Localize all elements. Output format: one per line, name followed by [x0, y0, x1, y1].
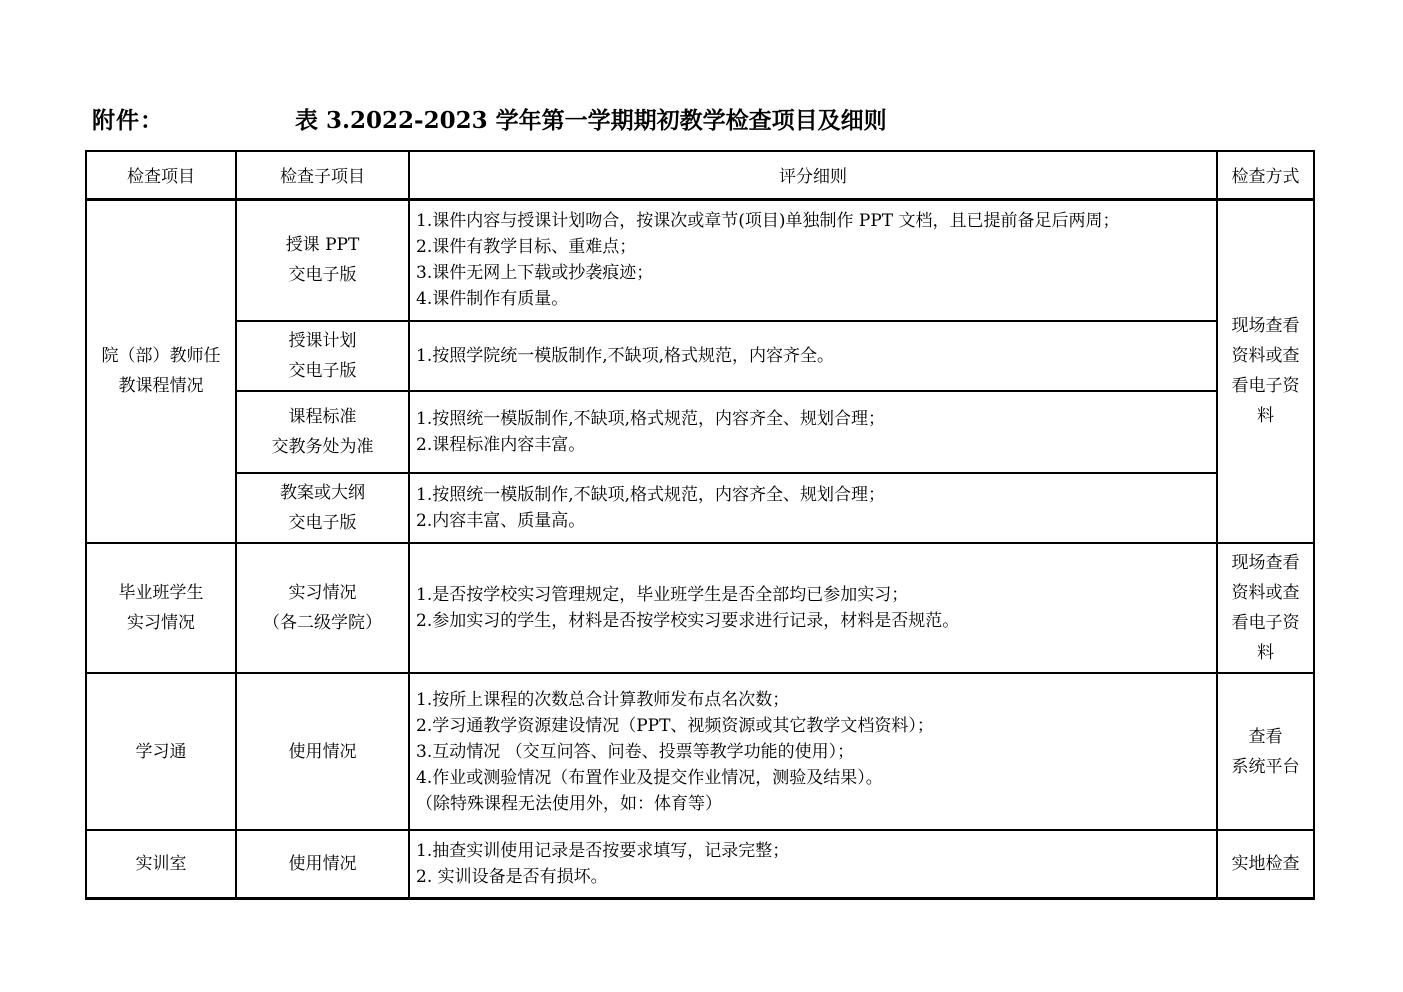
subitem-cell-teaching-plan: 授课计划 交电子版: [236, 321, 409, 391]
table-row: 授课计划 交电子版 1.按照学院统一模版制作,不缺项,格式规范，内容齐全。: [86, 321, 1314, 391]
item-cell-graduate-internship: 毕业班学生 实习情况: [86, 543, 236, 673]
details-cell-xuexitong: 1.按所上课程的次数总合计算教师发布点名次数； 2.学习通教学资源建设情况（PP…: [409, 673, 1217, 830]
item-cell-xuexitong: 学习通: [86, 673, 236, 830]
details-cell-training-room: 1.抽查实训使用记录是否按要求填写，记录完整； 2. 实训设备是否有损坏。: [409, 830, 1217, 898]
subitem-cell-course-standard: 课程标准 交教务处为准: [236, 391, 409, 473]
details-cell-internship: 1.是否按学校实习管理规定，毕业班学生是否全部均已参加实习； 2.参加实习的学生…: [409, 543, 1217, 673]
subitem-cell-usage-xuexitong: 使用情况: [236, 673, 409, 830]
details-cell-lesson-outline: 1.按照统一模版制作,不缺项,格式规范，内容齐全、规划合理； 2.内容丰富、质量…: [409, 473, 1217, 543]
table-row: 教案或大纲 交电子版 1.按照统一模版制作,不缺项,格式规范，内容齐全、规划合理…: [86, 473, 1314, 543]
subitem-cell-ppt: 授课 PPT 交电子版: [236, 199, 409, 321]
header-check-subitem: 检查子项目: [236, 151, 409, 199]
table-row: 实训室 使用情况 1.抽查实训使用记录是否按要求填写，记录完整； 2. 实训设备…: [86, 830, 1314, 898]
table-row: 学习通 使用情况 1.按所上课程的次数总合计算教师发布点名次数； 2.学习通教学…: [86, 673, 1314, 830]
method-cell-onsite-materials-2: 现场查看 资料或查 看电子资 料: [1217, 543, 1314, 673]
header-check-method: 检查方式: [1217, 151, 1314, 199]
method-cell-field-inspection: 实地检查: [1217, 830, 1314, 898]
attachment-label: 附件：: [92, 102, 164, 135]
method-cell-onsite-materials-1: 现场查看 资料或查 看电子资 料: [1217, 199, 1314, 543]
header-scoring-rules: 评分细则: [409, 151, 1217, 199]
item-cell-faculty-courses: 院（部）教师任 教课程情况: [86, 199, 236, 543]
method-cell-system-platform: 查看 系统平台: [1217, 673, 1314, 830]
inspection-table: 检查项目 检查子项目 评分细则 检查方式 院（部）教师任 教课程情况 授课 PP…: [85, 150, 1315, 900]
document-header: 附件： 表 3.2022-2023 学年第一学期期初教学检查项目及细则: [0, 102, 1403, 138]
header-row: 检查项目 检查子项目 评分细则 检查方式: [86, 151, 1314, 199]
details-cell-course-standard: 1.按照统一模版制作,不缺项,格式规范，内容齐全、规划合理； 2.课程标准内容丰…: [409, 391, 1217, 473]
details-cell-teaching-plan: 1.按照学院统一模版制作,不缺项,格式规范，内容齐全。: [409, 321, 1217, 391]
table-row: 课程标准 交教务处为准 1.按照统一模版制作,不缺项,格式规范，内容齐全、规划合…: [86, 391, 1314, 473]
subitem-cell-usage-training-room: 使用情况: [236, 830, 409, 898]
item-cell-training-room: 实训室: [86, 830, 236, 898]
header-check-item: 检查项目: [86, 151, 236, 199]
subitem-cell-lesson-outline: 教案或大纲 交电子版: [236, 473, 409, 543]
details-cell-ppt: 1.课件内容与授课计划吻合，按课次或章节(项目)单独制作 PPT 文档，且已提前…: [409, 199, 1217, 321]
table-row: 毕业班学生 实习情况 实习情况 （各二级学院） 1.是否按学校实习管理规定，毕业…: [86, 543, 1314, 673]
subitem-cell-internship: 实习情况 （各二级学院）: [236, 543, 409, 673]
table-row: 院（部）教师任 教课程情况 授课 PPT 交电子版 1.课件内容与授课计划吻合，…: [86, 199, 1314, 321]
page-title: 表 3.2022-2023 学年第一学期期初教学检查项目及细则: [295, 102, 887, 135]
